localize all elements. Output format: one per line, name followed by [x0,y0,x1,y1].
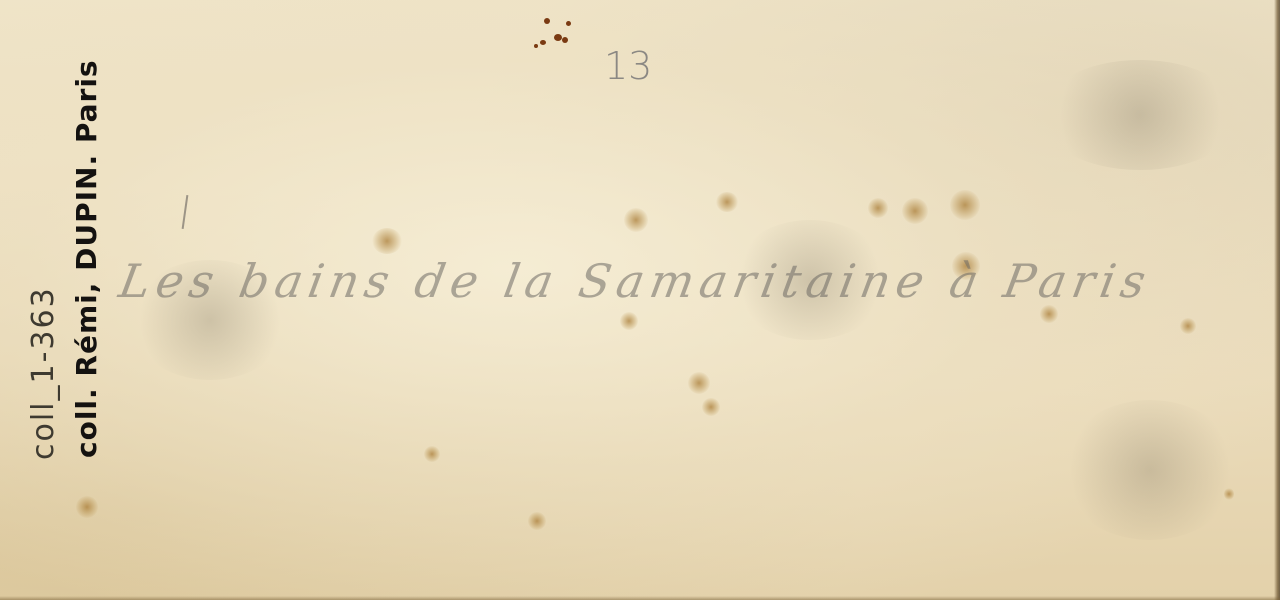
foxing-spot [902,198,928,224]
rust-speck [534,44,538,48]
page-number: 13 [604,44,652,88]
pencil-tick-mark [182,195,189,229]
foxing-spot [1224,488,1234,500]
rust-speck [554,34,562,41]
foxing-spot [1180,318,1196,334]
foxing-spot [624,208,648,232]
rust-speck [562,37,568,43]
foxing-spot [702,398,720,416]
collection-owner: coll. Rémi, DUPIN. Paris [70,59,103,458]
foxing-spot [424,446,440,462]
foxing-spot [868,198,888,218]
card-edge-right [1274,0,1280,600]
rust-speck [566,21,571,26]
rust-speck [544,18,550,24]
foxing-spot [688,372,710,394]
foxing-spot [950,190,980,220]
card-edge-bottom [0,596,1280,600]
foxing-spot [528,512,546,530]
collection-number: coll_1-363 [26,286,61,460]
pencil-inscription: Les bains de la Samaritaine à Paris [115,254,1155,308]
foxing-spot [620,312,638,330]
foxing-spot [76,496,98,518]
rust-speck [540,40,546,45]
grime-smudge [1040,60,1240,170]
photo-card-back: 13 Les bains de la Samaritaine à Paris c… [0,0,1280,600]
foxing-spot [372,228,402,254]
grime-smudge [1060,400,1240,540]
foxing-spot [716,192,738,212]
